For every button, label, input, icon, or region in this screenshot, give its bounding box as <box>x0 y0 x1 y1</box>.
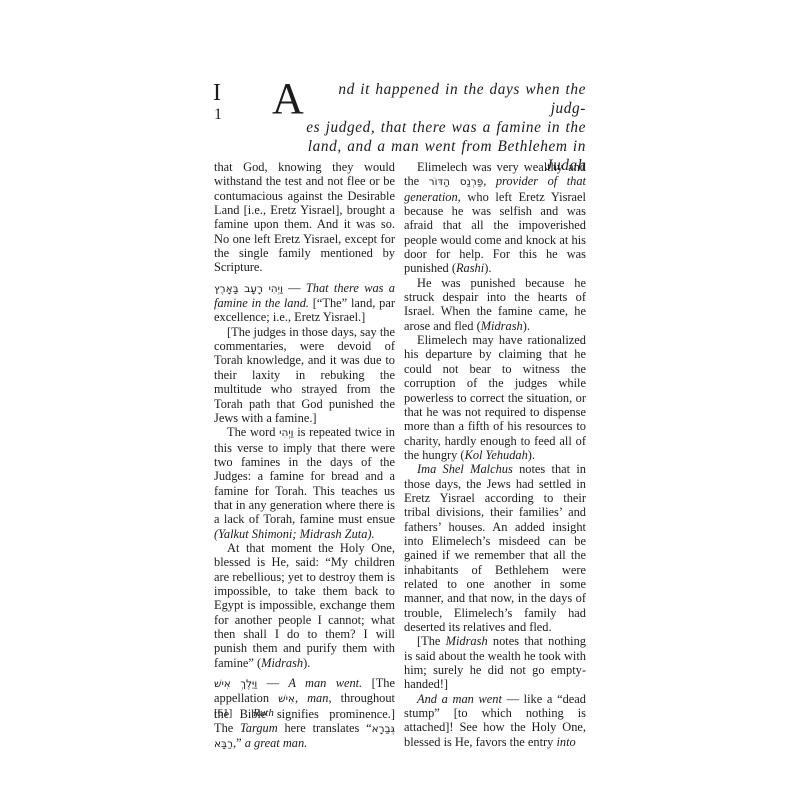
book-title: Ruth <box>253 707 274 719</box>
paragraph: [The judges in those days, say the comme… <box>214 325 395 425</box>
paragraph: And a man went — like a “dead stump” [to… <box>404 692 586 749</box>
citation: (Yalkut Shimoni; Midrash Zuta). <box>214 527 375 541</box>
paragraph: Elimelech was very wealthy and the פַּרְ… <box>404 160 586 276</box>
commentary-right-column: Elimelech was very wealthy and the פַּרְ… <box>404 160 586 749</box>
paragraph: Ima Shel Malchus notes that in those day… <box>404 462 586 634</box>
citation: Midrash <box>481 319 523 333</box>
paragraph: that God, knowing they would withstand t… <box>214 160 395 275</box>
citation: Rashi <box>456 261 484 275</box>
paragraph: He was punished because he struck despai… <box>404 276 586 333</box>
verse-number: 1 <box>214 106 222 124</box>
hebrew-text: וַיֵּלֶךְ אִישׁ <box>214 678 257 690</box>
hebrew-text: אִישׁ <box>278 693 295 705</box>
hebrew-text: וַיְהִי רָעָב בָּאָרֶץ <box>214 283 283 295</box>
drop-cap: A <box>272 82 304 116</box>
citation: Kol Yehudah <box>465 448 528 462</box>
hebrew-text: פַּרְנַס הַדּוֹר <box>429 176 484 188</box>
verse-line-2: es judged, that there was a famine in th… <box>272 118 586 137</box>
chapter-number: I <box>213 80 221 106</box>
paragraph: [The Midrash notes that nothing is said … <box>404 634 586 691</box>
commentary-left-column: that God, knowing they would withstand t… <box>214 160 395 752</box>
paragraph: The word וַיְהִי is repeated twice in th… <box>214 425 395 541</box>
paragraph: At that moment the Holy One, blessed is … <box>214 541 395 670</box>
page-number: [61] <box>214 707 232 719</box>
page-footer: [61] Ruth <box>214 706 274 720</box>
paragraph: וַיְהִי רָעָב בָּאָרֶץ — That there was … <box>214 281 395 325</box>
citation: Midrash <box>261 656 303 670</box>
verse-line-1: nd it happened in the days when the judg… <box>272 80 586 118</box>
paragraph: Elimelech may have rationalized his depa… <box>404 333 586 462</box>
hebrew-text: וַיְהִי <box>279 427 293 439</box>
